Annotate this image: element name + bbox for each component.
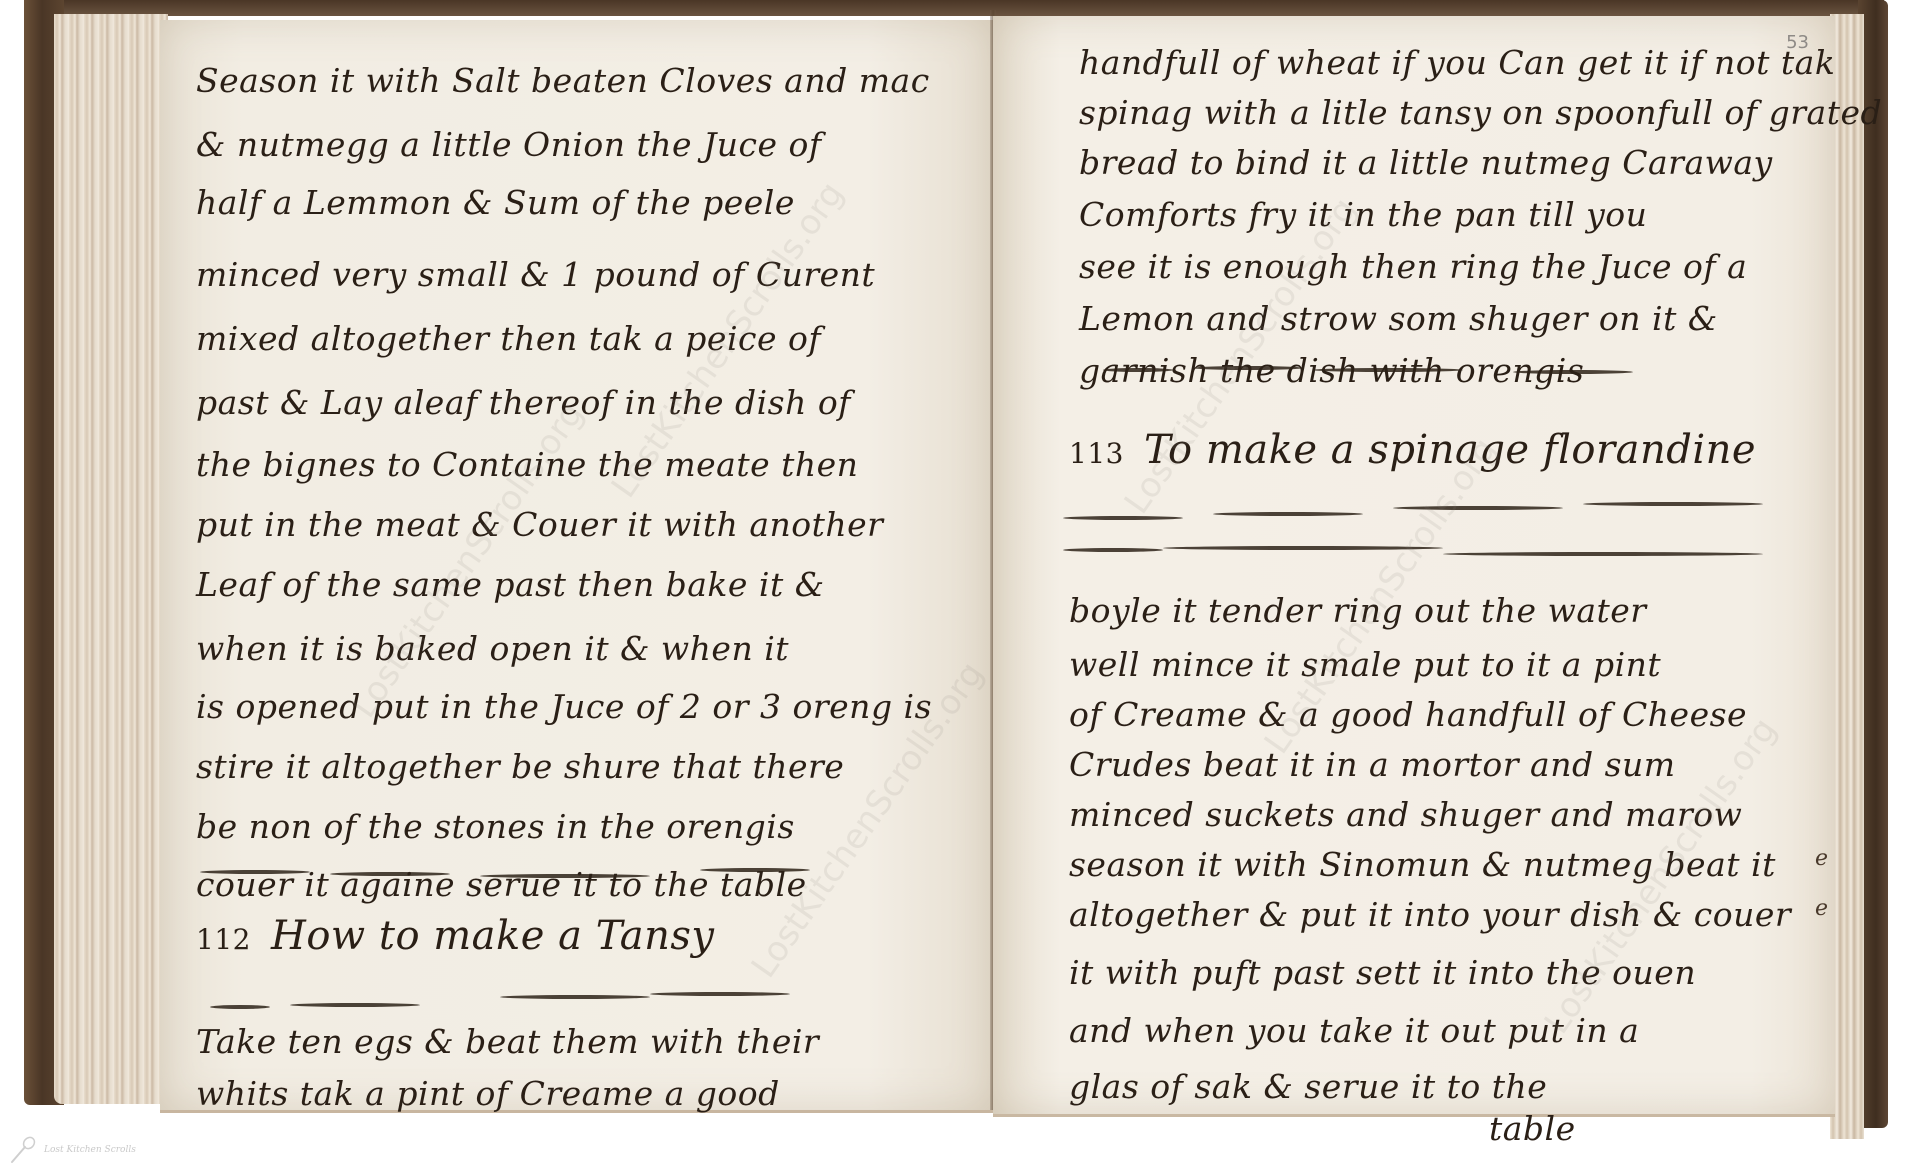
- left-page: Season it with Salt beaten Cloves and ma…: [160, 20, 993, 1113]
- flourish-divider: [480, 874, 650, 878]
- manuscript-line: minced very small & 1 pound of Curent: [196, 258, 875, 291]
- flourish-divider: [1443, 552, 1763, 556]
- manuscript-line: past & Lay aleaf thereof in the dish of: [196, 386, 851, 419]
- manuscript-line: stire it altogether be shure that there: [196, 750, 844, 783]
- manuscript-line: Season it with Salt beaten Cloves and ma…: [196, 64, 930, 97]
- flourish-divider: [1513, 370, 1633, 374]
- spoon-icon: [8, 1135, 38, 1165]
- manuscript-line: whits tak a pint of Creame a good: [196, 1077, 780, 1110]
- flourish-divider: [1063, 548, 1163, 552]
- manuscript-line: see it is enough then ring the Juce of a: [1079, 250, 1747, 283]
- manuscript-line: well mince it smale put to it a pint: [1069, 648, 1661, 681]
- flourish-divider: [1063, 516, 1183, 520]
- margin-note: e: [1815, 896, 1828, 921]
- manuscript-line: be non of the stones in the orengis: [196, 810, 795, 843]
- recipe-title: To make a spinage florandine: [1144, 427, 1756, 473]
- manuscript-line: put in the meat & Couer it with another: [196, 508, 883, 541]
- flourish-divider: [1393, 506, 1563, 510]
- flourish-divider: [500, 995, 650, 999]
- manuscript-line: is opened put in the Juce of 2 or 3 oren…: [196, 690, 932, 723]
- manuscript-line: of Creame & a good handfull of Cheese: [1069, 698, 1747, 731]
- flourish-divider: [210, 1005, 270, 1009]
- manuscript-line: Comforts fry it in the pan till you: [1079, 198, 1647, 231]
- manuscript-line: mixed altogether then tak a peice of: [196, 322, 821, 355]
- flourish-divider: [650, 992, 790, 996]
- manuscript-line: bread to bind it a little nutmeg Caraway: [1079, 146, 1773, 179]
- page-stack-left: [54, 14, 168, 1104]
- flourish-divider: [1193, 366, 1303, 370]
- manuscript-line: Leaf of the same past then bake it &: [196, 568, 825, 601]
- manuscript-line: table: [1489, 1112, 1576, 1145]
- right-page: 53 handfull of wheat if you Can get it i…: [993, 16, 1835, 1117]
- manuscript-line: and when you take it out put in a: [1069, 1014, 1639, 1047]
- manuscript-line: & nutmegg a little Onion the Juce of: [196, 128, 822, 161]
- flourish-divider: [330, 872, 450, 876]
- flourish-divider: [1583, 502, 1763, 506]
- manuscript-line: half a Lemmon & Sum of the peele: [196, 186, 795, 219]
- page-stack-right: [1830, 14, 1864, 1139]
- recipe-number: 112: [196, 923, 251, 956]
- book-cover-top: [24, 0, 1884, 16]
- manuscript-line: handfull of wheat if you Can get it if n…: [1079, 46, 1835, 79]
- recipe-heading-113: 113To make a spinage florandine: [1069, 430, 1756, 470]
- manuscript-line: Take ten egs & beat them with their: [196, 1025, 819, 1058]
- manuscript-line: the bignes to Containe the meate then: [196, 448, 858, 481]
- recipe-number: 113: [1069, 437, 1124, 470]
- manuscript-line: glas of sak & serue it to the: [1069, 1070, 1547, 1103]
- manuscript-line: season it with Sinomun & nutmeg beat it: [1069, 848, 1776, 881]
- manuscript-line: Crudes beat it in a mortor and sum: [1069, 748, 1676, 781]
- manuscript-line: it with puft past sett it into the ouen: [1069, 956, 1696, 989]
- logo-text: Lost Kitchen Scrolls: [44, 1145, 136, 1155]
- site-logo: Lost Kitchen Scrolls: [8, 1135, 136, 1165]
- manuscript-line: when it is baked open it & when it: [196, 632, 789, 665]
- manuscript-line: Lemon and strow som shuger on it &: [1079, 302, 1718, 335]
- open-manuscript-book: Season it with Salt beaten Cloves and ma…: [0, 0, 1920, 1171]
- recipe-title: How to make a Tansy: [271, 913, 715, 959]
- manuscript-line: spinag with a litle tansy on spoonfull o…: [1079, 96, 1882, 129]
- flourish-divider: [1103, 368, 1173, 372]
- flourish-divider: [1163, 546, 1443, 550]
- flourish-divider: [290, 1003, 420, 1007]
- flourish-divider: [700, 868, 810, 872]
- manuscript-line: minced suckets and shuger and marow: [1069, 798, 1742, 831]
- manuscript-line: boyle it tender ring out the water: [1069, 594, 1647, 627]
- flourish-divider: [200, 870, 310, 874]
- margin-note: e: [1815, 846, 1828, 871]
- recipe-heading-112: 112How to make a Tansy: [196, 916, 715, 956]
- flourish-divider: [1313, 368, 1463, 372]
- manuscript-line: altogether & put it into your dish & cou…: [1069, 898, 1791, 931]
- flourish-divider: [1213, 512, 1363, 516]
